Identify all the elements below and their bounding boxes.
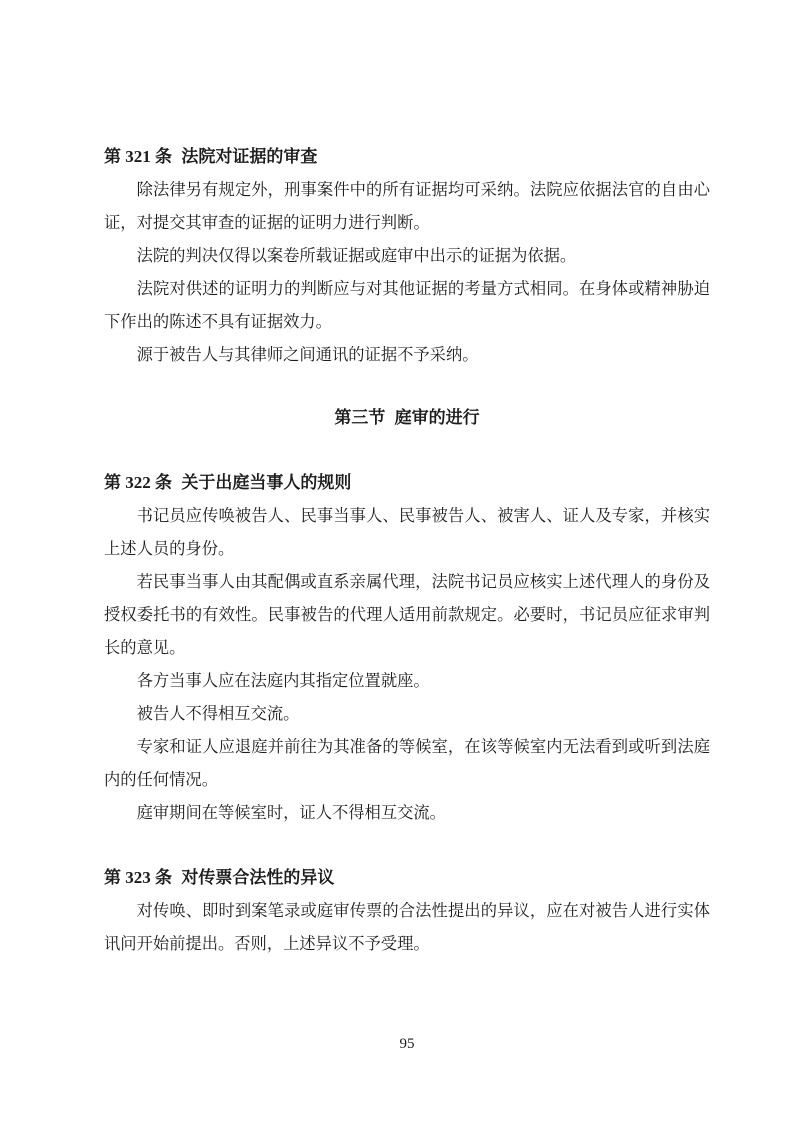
page-number: 95 [104, 1034, 710, 1054]
article-322-paragraph: 庭审期间在等候室时，证人不得相互交流。 [104, 796, 710, 829]
article-321-paragraph: 法院的判决仅得以案卷所载证据或庭审中出示的证据为依据。 [104, 239, 710, 272]
article-322-number: 第 322 条 [104, 473, 172, 492]
article-323-title: 对传票合法性的异议 [181, 868, 334, 887]
article-322-paragraph: 各方当事人应在法庭内其指定位置就座。 [104, 664, 710, 697]
article-321-paragraph: 除法律另有规定外，刑事案件中的所有证据均可采纳。法院应依据法官的自由心证，对提交… [104, 173, 710, 239]
article-321-title: 法院对证据的审查 [181, 147, 317, 166]
article-321-paragraph: 法院对供述的证明力的判断应与对其他证据的考量方式相同。在身体或精神胁迫下作出的陈… [104, 272, 710, 338]
section-3-number: 第三节 [334, 408, 385, 427]
article-322-title: 关于出庭当事人的规则 [181, 473, 351, 492]
article-323-number: 第 323 条 [104, 868, 172, 887]
section-3-title: 庭审的进行 [395, 408, 480, 427]
article-322-paragraph: 被告人不得相互交流。 [104, 697, 710, 730]
article-321-number: 第 321 条 [104, 147, 172, 166]
article-323-paragraph: 对传唤、即时到案笔录或庭审传票的合法性提出的异议，应在对被告人进行实体讯问开始前… [104, 894, 710, 960]
article-322-paragraph: 若民事当事人由其配偶或直系亲属代理，法院书记员应核实上述代理人的身份及授权委托书… [104, 565, 710, 664]
article-322-paragraph: 书记员应传唤被告人、民事当事人、民事被告人、被害人、证人及专家，并核实上述人员的… [104, 499, 710, 565]
article-321-paragraph: 源于被告人与其律师之间通讯的证据不予采纳。 [104, 338, 710, 371]
article-322-heading: 第 322 条关于出庭当事人的规则 [104, 466, 710, 499]
article-322-paragraph: 专家和证人应退庭并前往为其准备的等候室，在该等候室内无法看到或听到法庭内的任何情… [104, 730, 710, 796]
document-page: 第 321 条法院对证据的审查 除法律另有规定外，刑事案件中的所有证据均可采纳。… [0, 0, 793, 1122]
article-323-heading: 第 323 条对传票合法性的异议 [104, 861, 710, 894]
document-content: 第 321 条法院对证据的审查 除法律另有规定外，刑事案件中的所有证据均可采纳。… [104, 140, 710, 960]
section-3-heading: 第三节庭审的进行 [104, 401, 710, 434]
article-321-heading: 第 321 条法院对证据的审查 [104, 140, 710, 173]
